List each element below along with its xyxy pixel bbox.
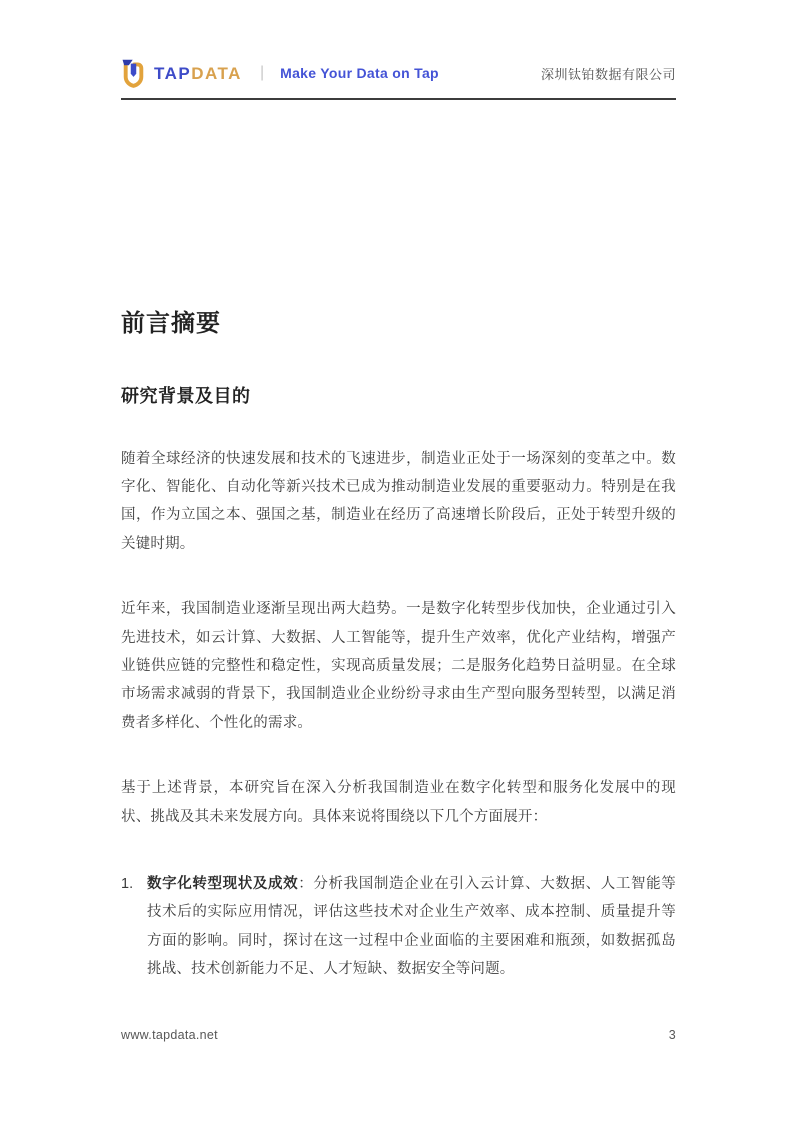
brand-wordmark: TAPDATA <box>154 65 242 82</box>
tapdata-logo-icon <box>121 58 146 88</box>
paragraph-2: 近年来，我国制造业逐渐呈现出两大趋势。一是数字化转型步伐加快，企业通过引入先进技… <box>121 595 676 737</box>
list-item-number: 1. <box>121 870 147 984</box>
company-name: 深圳钛铂数据有限公司 <box>541 64 676 83</box>
list-item-text: 数字化转型现状及成效：分析我国制造企业在引入云计算、大数据、人工智能等技术后的实… <box>147 870 676 984</box>
list-item: 1. 数字化转型现状及成效：分析我国制造企业在引入云计算、大数据、人工智能等技术… <box>121 870 676 984</box>
paragraph-3: 基于上述背景，本研究旨在深入分析我国制造业在数字化转型和服务化发展中的现状、挑战… <box>121 774 676 831</box>
section-heading: 研究背景及目的 <box>121 385 676 408</box>
numbered-list: 1. 数字化转型现状及成效：分析我国制造企业在引入云计算、大数据、人工智能等技术… <box>121 870 676 984</box>
brand-wordmark-data: DATA <box>191 64 242 83</box>
document-content: 前言摘要 研究背景及目的 随着全球经济的快速发展和技术的飞速进步，制造业正处于一… <box>121 99 676 984</box>
brand-wordmark-tap: TAP <box>154 64 191 83</box>
list-item-heading: 数字化转型现状及成效 <box>147 876 298 892</box>
footer-page-number: 3 <box>669 1028 676 1042</box>
page-title: 前言摘要 <box>121 309 676 339</box>
page-header: TAPDATA | Make Your Data on Tap 深圳钛铂数据有限… <box>121 56 676 100</box>
page-footer: www.tapdata.net 3 <box>121 1028 676 1042</box>
document-page: TAPDATA | Make Your Data on Tap 深圳钛铂数据有限… <box>0 0 793 1122</box>
brand-tagline: Make Your Data on Tap <box>280 65 439 81</box>
brand-divider: | <box>260 64 264 82</box>
brand: TAPDATA | Make Your Data on Tap <box>121 58 439 88</box>
footer-website: www.tapdata.net <box>121 1028 218 1042</box>
paragraph-1: 随着全球经济的快速发展和技术的飞速进步，制造业正处于一场深刻的变革之中。数字化、… <box>121 445 676 559</box>
